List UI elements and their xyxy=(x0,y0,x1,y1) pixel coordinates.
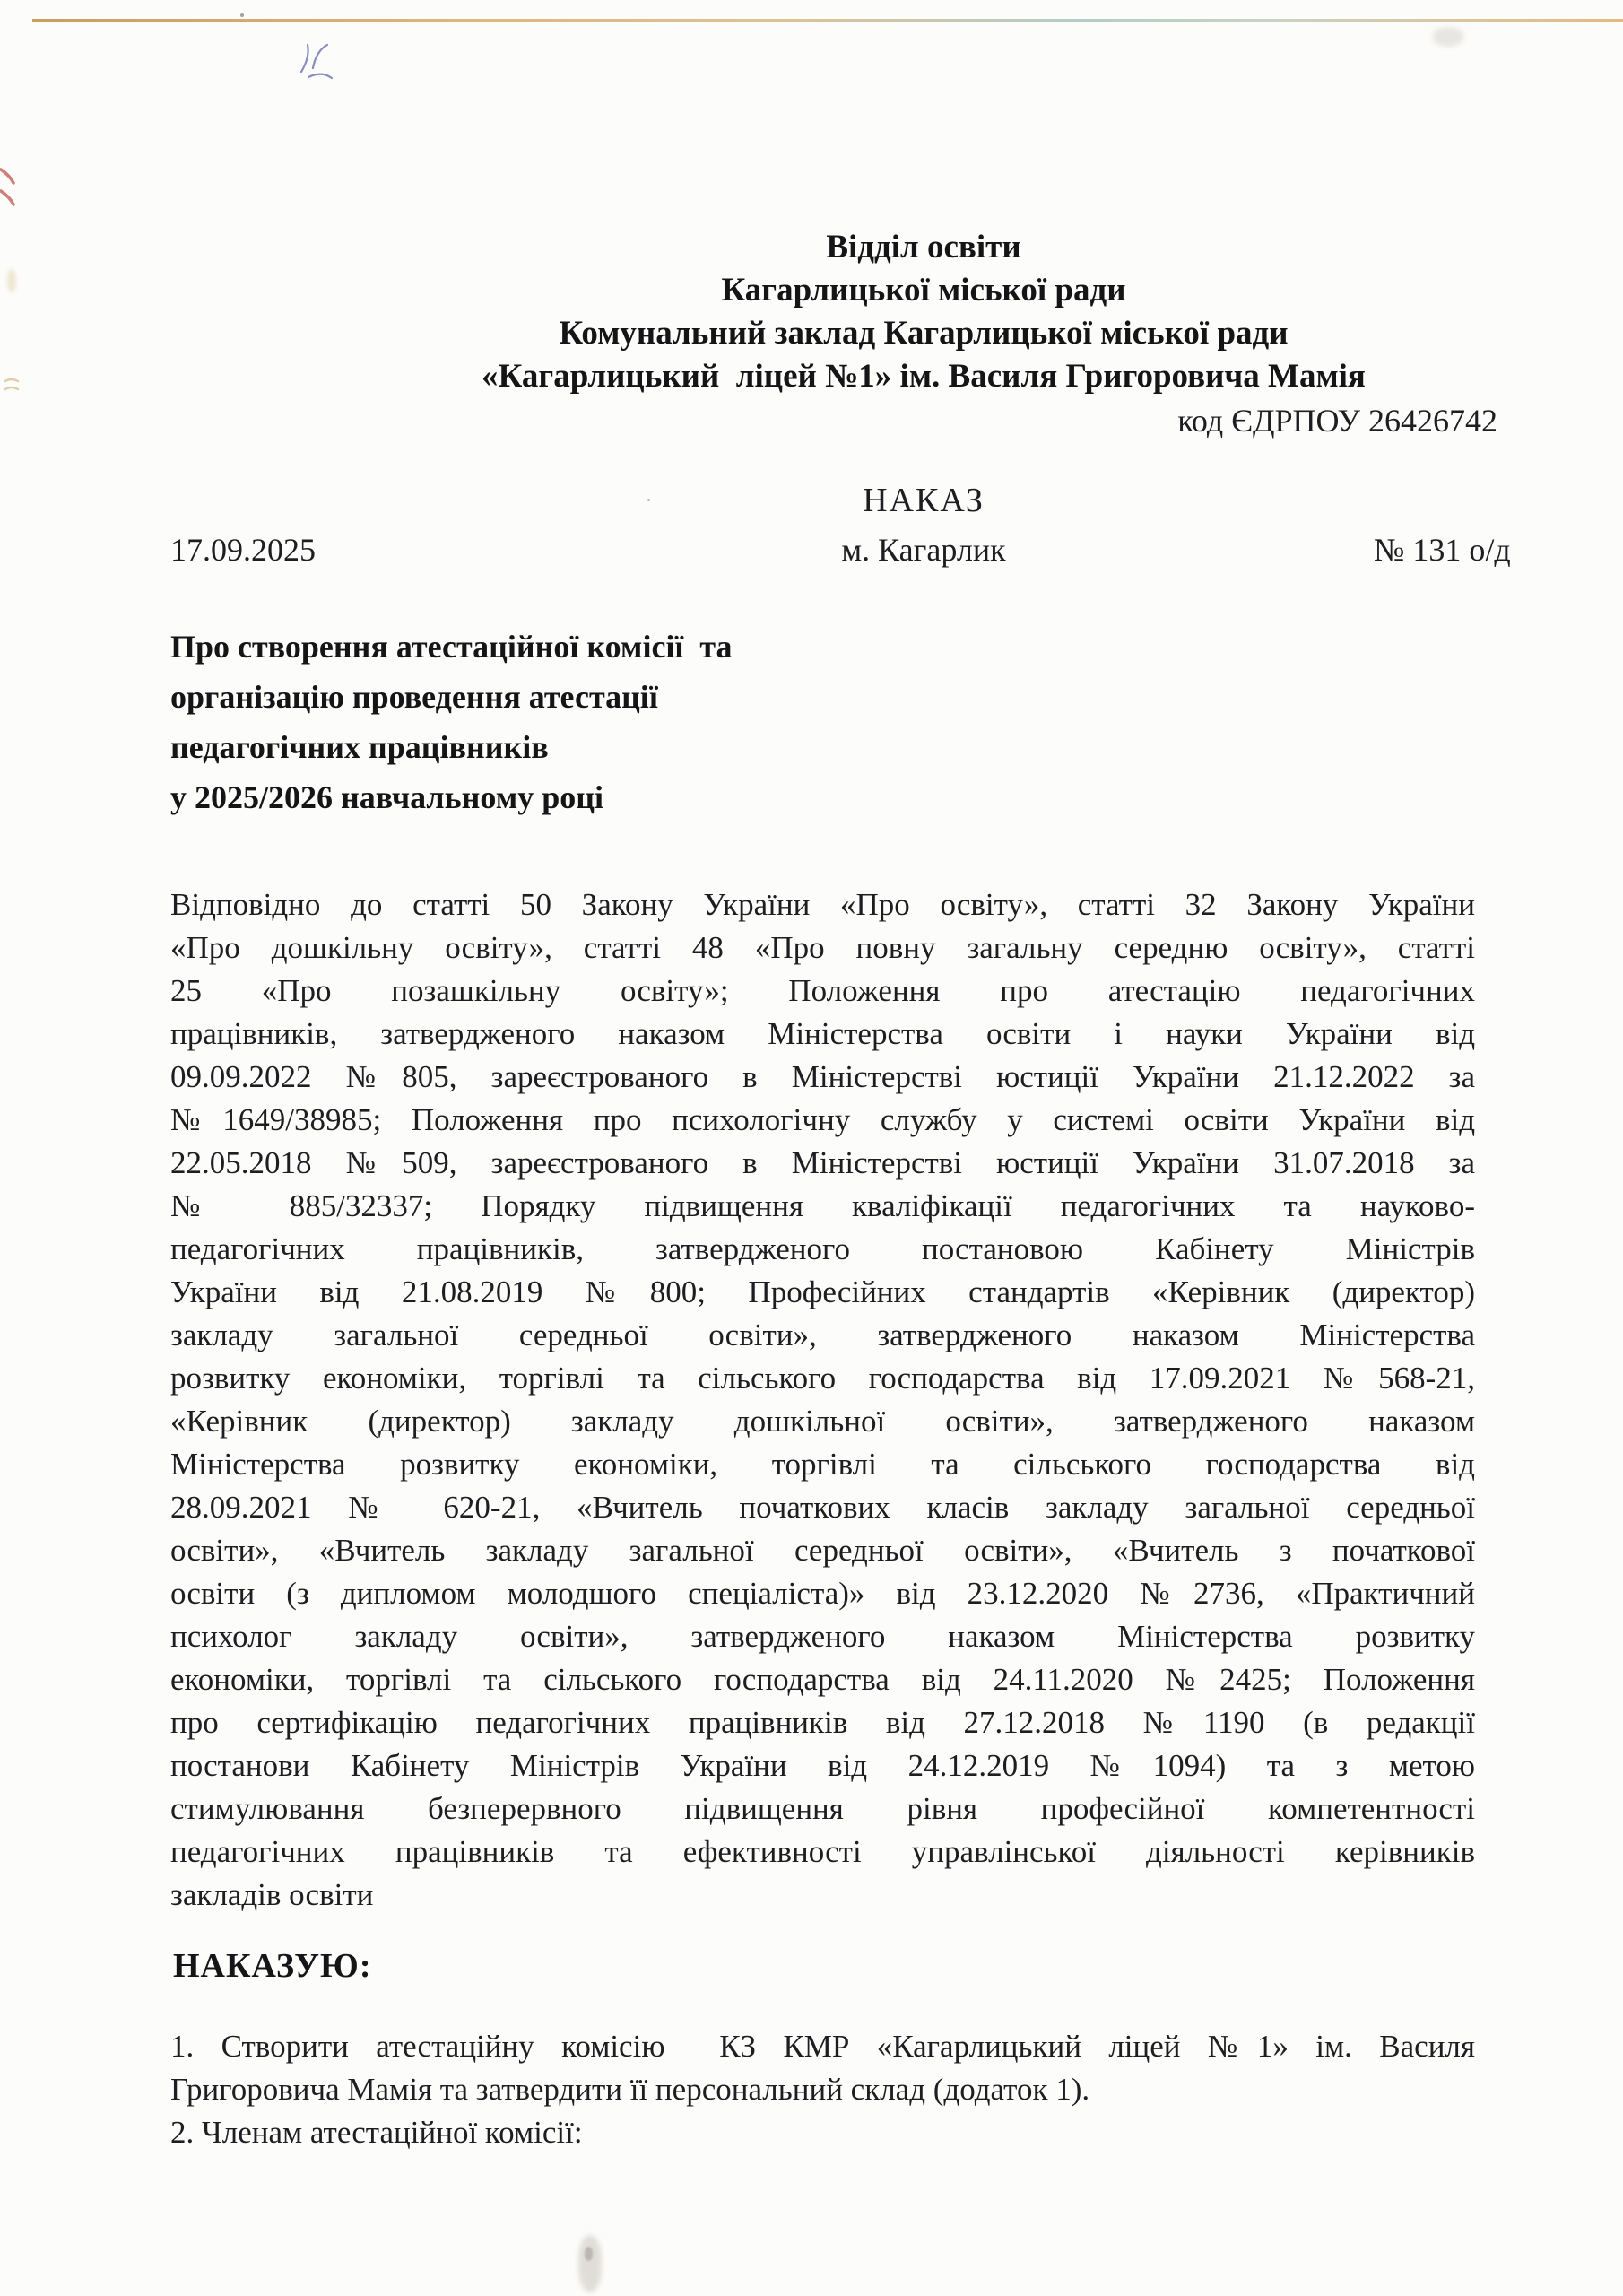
order-title: НАКАЗ xyxy=(386,481,1462,520)
scan-smudge xyxy=(578,2235,602,2292)
text-line: України від 21.08.2019 №800; Професійних… xyxy=(170,1271,1475,1314)
text-line: 09.09.2022 №805, зареєстрованого в Мініс… xyxy=(170,1056,1475,1099)
text-line: організацію проведення атестації xyxy=(170,672,942,722)
scan-edge-line xyxy=(32,19,1623,22)
text-line: № 885/32337; Порядку підвищення кваліфік… xyxy=(170,1185,1475,1228)
text-line: Кагарлицької міської ради xyxy=(386,269,1462,312)
scanned-order-page: Відділ освітиКагарлицької міської радиКо… xyxy=(0,0,1623,2296)
text-line: стимулювання безперервного підвищення рі… xyxy=(170,1787,1475,1831)
text-line: постанови Кабінету Міністрів України від… xyxy=(170,1744,1475,1787)
text-line: «Про дошкільну освіту», статті 48 «Про п… xyxy=(170,926,1475,970)
text-line: у 2025/2026 навчальному році xyxy=(170,772,942,822)
text-line: Про створення атестаційної комісії та xyxy=(170,622,942,672)
text-line: Комунальний заклад Кагарлицької міської … xyxy=(386,312,1462,355)
text-line: педагогічних працівників xyxy=(170,722,942,772)
text-line: Відділ освіти xyxy=(386,226,1462,269)
text-line: «Керівник (директор) закладу дошкільної … xyxy=(170,1400,1475,1443)
text-line: психолог закладу освіти», затвердженого … xyxy=(170,1615,1475,1658)
text-line: 28.09.2021 № 620-21, «Вчитель початкових… xyxy=(170,1486,1475,1529)
text-line: «Кагарлицький ліцей №1» ім. Василя Григо… xyxy=(386,355,1462,398)
org-header: Відділ освітиКагарлицької міської радиКо… xyxy=(386,226,1462,398)
order-subject: Про створення атестаційної комісії таорг… xyxy=(170,622,942,822)
text-line: розвитку економіки, торгівлі та сільсько… xyxy=(170,1357,1475,1400)
text-line: Міністерства розвитку економіки, торгівл… xyxy=(170,1443,1475,1486)
text-line: освіти (з дипломом молодшого спеціаліста… xyxy=(170,1572,1475,1615)
red-pen-mark xyxy=(0,164,16,213)
scan-speck xyxy=(240,13,244,17)
text-line: 22.05.2018 №509, зареєстрованого в Мініс… xyxy=(170,1142,1475,1185)
text-line: 2. Членам атестаційної комісії: xyxy=(170,2111,1475,2154)
scan-smudge xyxy=(7,269,16,292)
edrpou-code: код ЄДРПОУ 26426742 xyxy=(1177,402,1497,439)
text-line: педагогічних працівників, затвердженого … xyxy=(170,1228,1475,1271)
scan-smudge xyxy=(1433,27,1463,47)
order-number: № 131 о/д xyxy=(1374,531,1511,569)
tan-mark xyxy=(4,377,20,395)
order-items: 1. Створити атестаційну комісію КЗ КМР «… xyxy=(170,2025,1475,2154)
text-line: Відповідно до статті 50 Закону України «… xyxy=(170,883,1475,926)
blue-pen-mark xyxy=(296,36,339,83)
text-line: закладів освіти xyxy=(170,1874,1475,1917)
text-line: 25 «Про позашкільну освіту»; Положення п… xyxy=(170,970,1475,1013)
text-line: Григоровича Мамія та затвердити її персо… xyxy=(170,2068,1475,2111)
text-line: №1649/38985; Положення про психологічну … xyxy=(170,1099,1475,1142)
scan-smudge xyxy=(585,2247,593,2261)
order-preamble: Відповідно до статті 50 Закону України «… xyxy=(170,883,1475,1917)
order-place: м. Кагарлик xyxy=(386,531,1462,569)
text-line: про сертифікацію педагогічних працівникі… xyxy=(170,1701,1475,1744)
resolve-heading: НАКАЗУЮ: xyxy=(173,1946,372,1986)
text-line: закладу загальної середньої освіти», зат… xyxy=(170,1314,1475,1357)
text-line: освіти», «Вчитель закладу загальної сере… xyxy=(170,1529,1475,1572)
order-date: 17.09.2025 xyxy=(170,531,316,569)
text-line: педагогічних працівників та ефективності… xyxy=(170,1831,1475,1874)
text-line: 1. Створити атестаційну комісію КЗ КМР «… xyxy=(170,2025,1475,2068)
text-line: працівників, затвердженого наказом Мініс… xyxy=(170,1013,1475,1056)
text-line: економіки, торгівлі та сільського господ… xyxy=(170,1658,1475,1701)
